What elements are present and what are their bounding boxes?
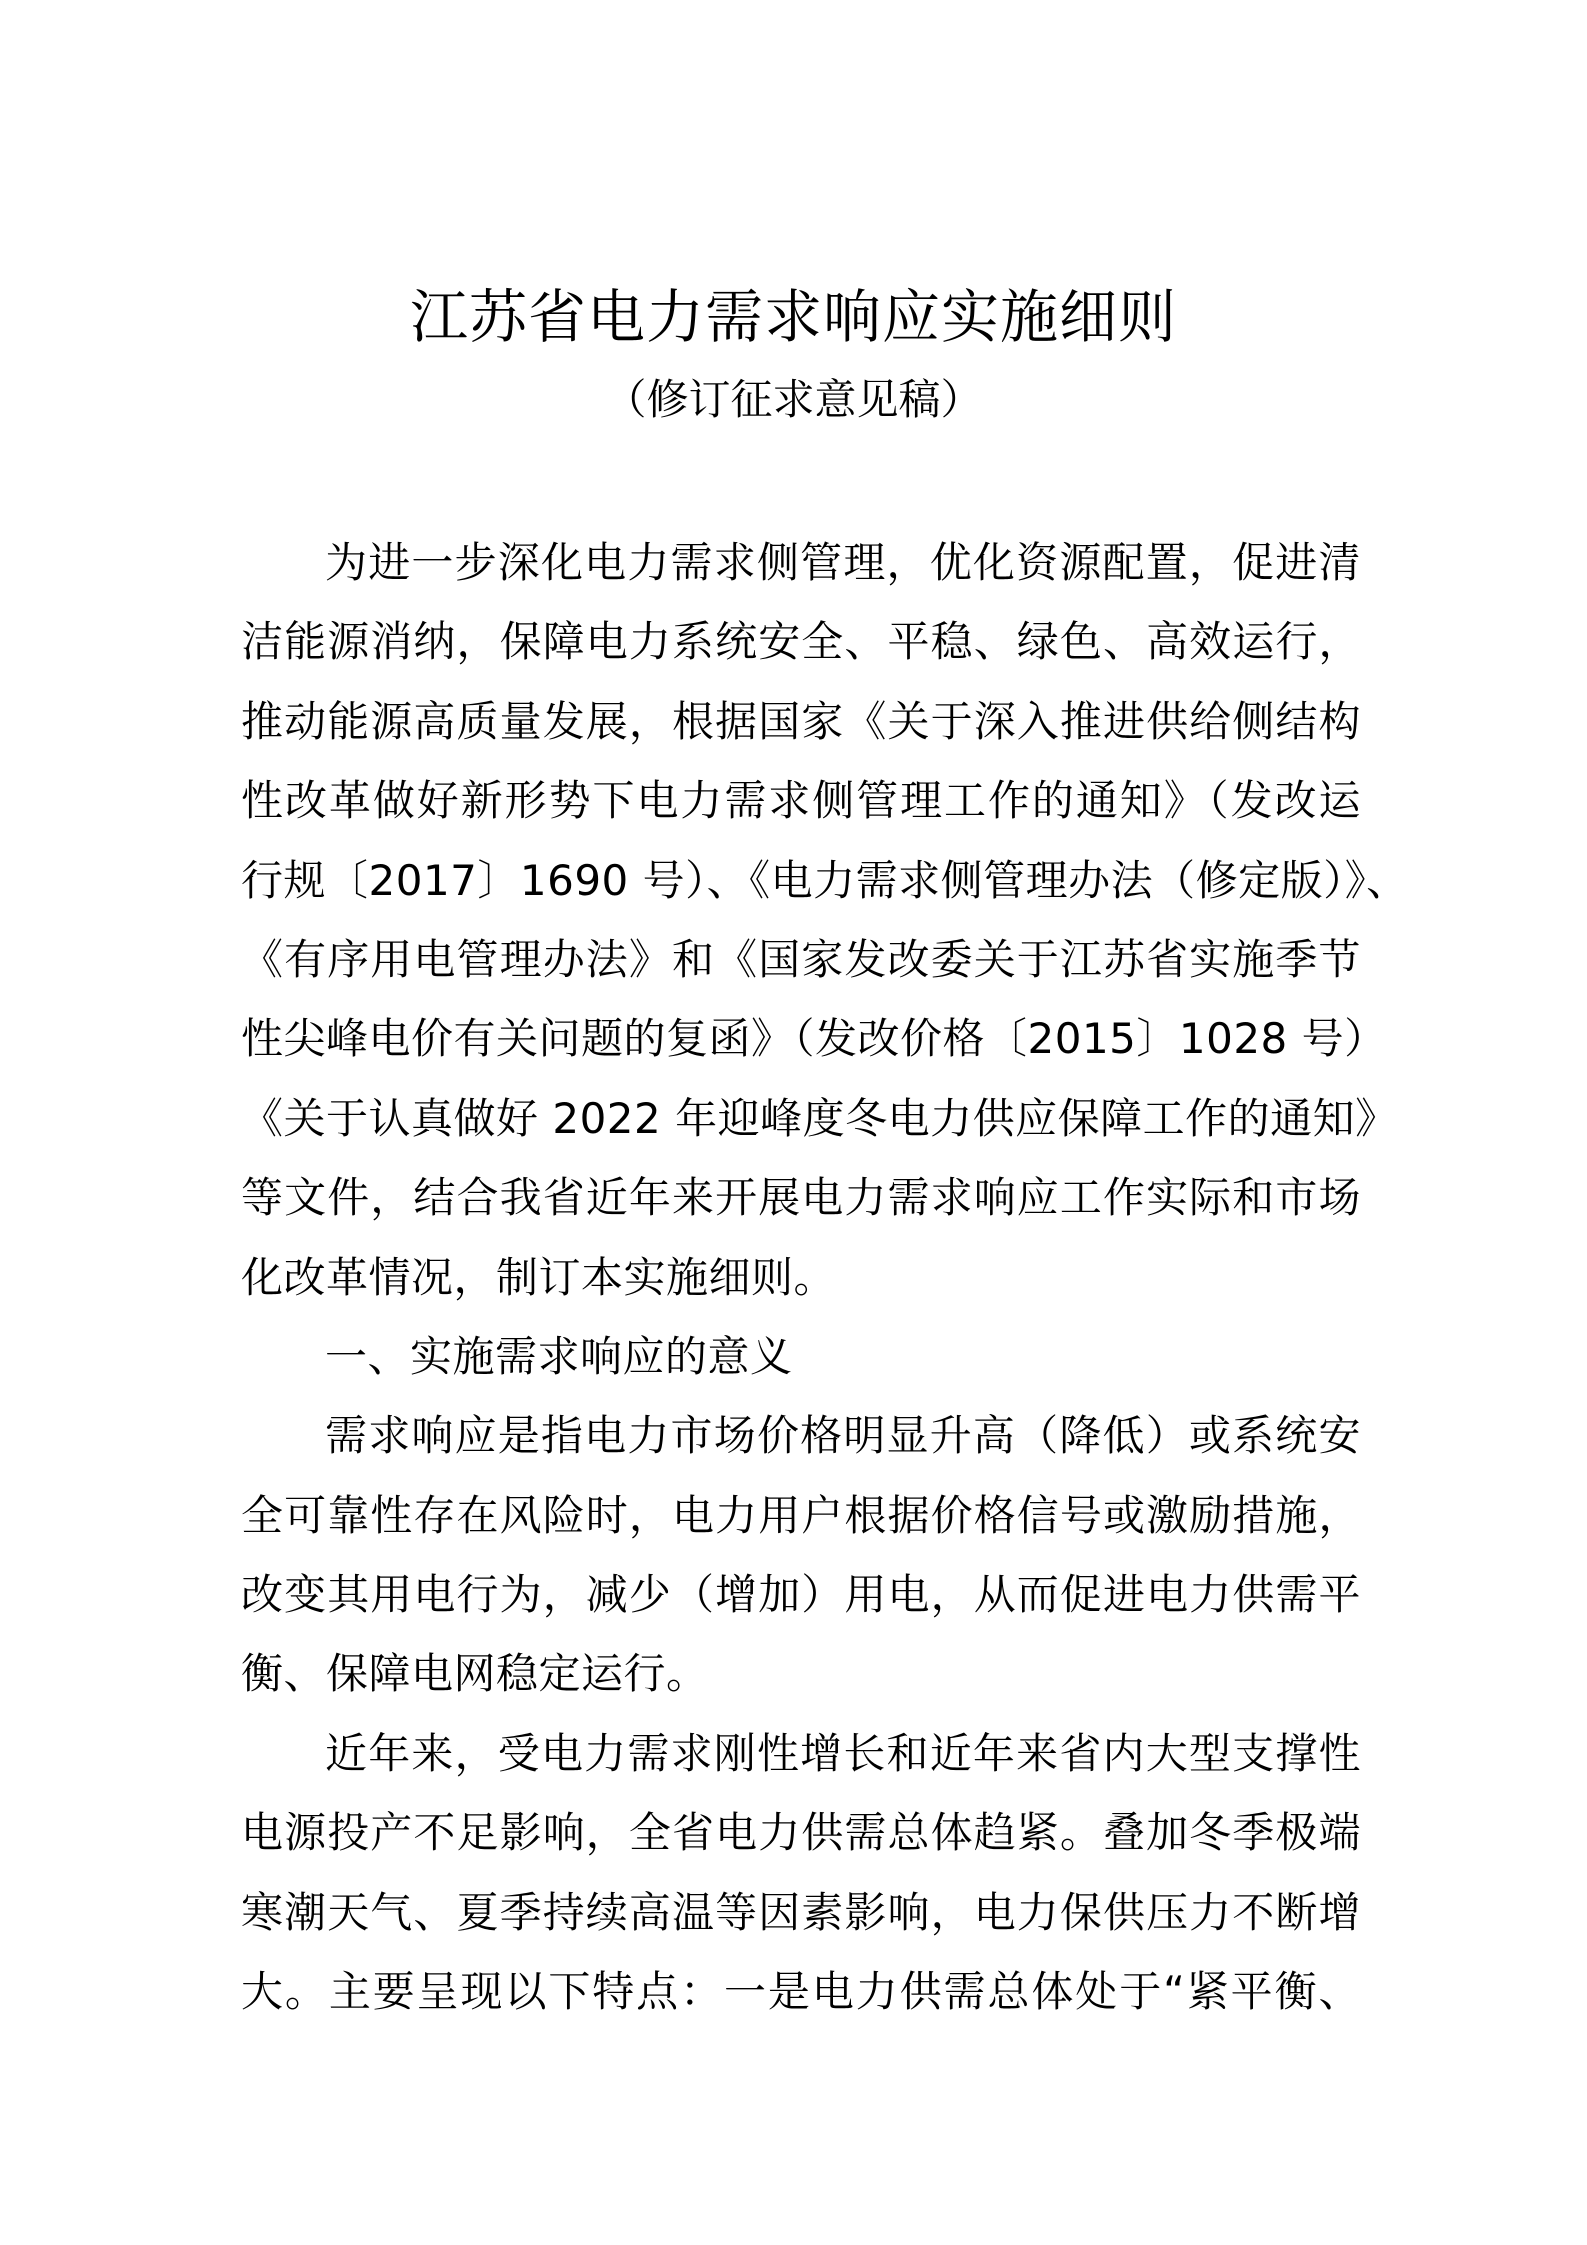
text-line: 行规〔2017〕1690 号）、《电力需求侧管理办法（修定版）》、 — [241, 848, 1361, 927]
document-page: 江苏省电力需求响应实施细则 （修订征求意见稿） 为进一步深化电力需求侧管理，优化… — [0, 0, 1587, 2245]
text-line: 近年来，受电力需求刚性增长和近年来省内大型支撑性 — [241, 1721, 1361, 1800]
text-line: 改变其用电行为，减少（增加）用电，从而促进电力供需平 — [241, 1562, 1361, 1641]
text-line: 性尖峰电价有关问题的复函》（发改价格〔2015〕1028 号） — [241, 1006, 1361, 1085]
text-line: 《关于认真做好 2022 年迎峰度冬电力供应保障工作的通知》 — [241, 1086, 1361, 1165]
text-line: 大。主要呈现以下特点：一是电力供需总体处于“紧平衡、 — [241, 1959, 1361, 2038]
section-heading-1: 一、实施需求响应的意义 — [241, 1324, 1361, 1403]
document-body: 为进一步深化电力需求侧管理，优化资源配置，促进清 洁能源消纳，保障电力系统安全、… — [241, 530, 1361, 2038]
text-line: 性改革做好新形势下电力需求侧管理工作的通知》（发改运 — [241, 768, 1361, 847]
text-line: 全可靠性存在风险时，电力用户根据价格信号或激励措施， — [241, 1483, 1361, 1562]
text-line: 为进一步深化电力需求侧管理，优化资源配置，促进清 — [241, 530, 1361, 609]
text-line: 化改革情况，制订本实施细则。 — [241, 1245, 1361, 1324]
text-line: 寒潮天气、夏季持续高温等因素影响，电力保供压力不断增 — [241, 1880, 1361, 1959]
text-line: 电源投产不足影响，全省电力供需总体趋紧。叠加冬季极端 — [241, 1800, 1361, 1879]
document-subtitle: （修订征求意见稿） — [0, 372, 1587, 428]
text-line: 《有序用电管理办法》和《国家发改委关于江苏省实施季节 — [241, 927, 1361, 1006]
text-line: 衡、保障电网稳定运行。 — [241, 1641, 1361, 1720]
paragraph-background: 近年来，受电力需求刚性增长和近年来省内大型支撑性 电源投产不足影响，全省电力供需… — [241, 1721, 1361, 2039]
text-line: 等文件，结合我省近年来开展电力需求响应工作实际和市场 — [241, 1165, 1361, 1244]
text-line: 需求响应是指电力市场价格明显升高（降低）或系统安 — [241, 1403, 1361, 1482]
document-title: 江苏省电力需求响应实施细则 — [0, 282, 1587, 352]
paragraph-preamble: 为进一步深化电力需求侧管理，优化资源配置，促进清 洁能源消纳，保障电力系统安全、… — [241, 530, 1361, 1324]
paragraph-definition: 需求响应是指电力市场价格明显升高（降低）或系统安 全可靠性存在风险时，电力用户根… — [241, 1403, 1361, 1721]
text-line: 洁能源消纳，保障电力系统安全、平稳、绿色、高效运行， — [241, 609, 1361, 688]
text-line: 推动能源高质量发展，根据国家《关于深入推进供给侧结构 — [241, 689, 1361, 768]
section-heading-text: 一、实施需求响应的意义 — [241, 1324, 1361, 1403]
